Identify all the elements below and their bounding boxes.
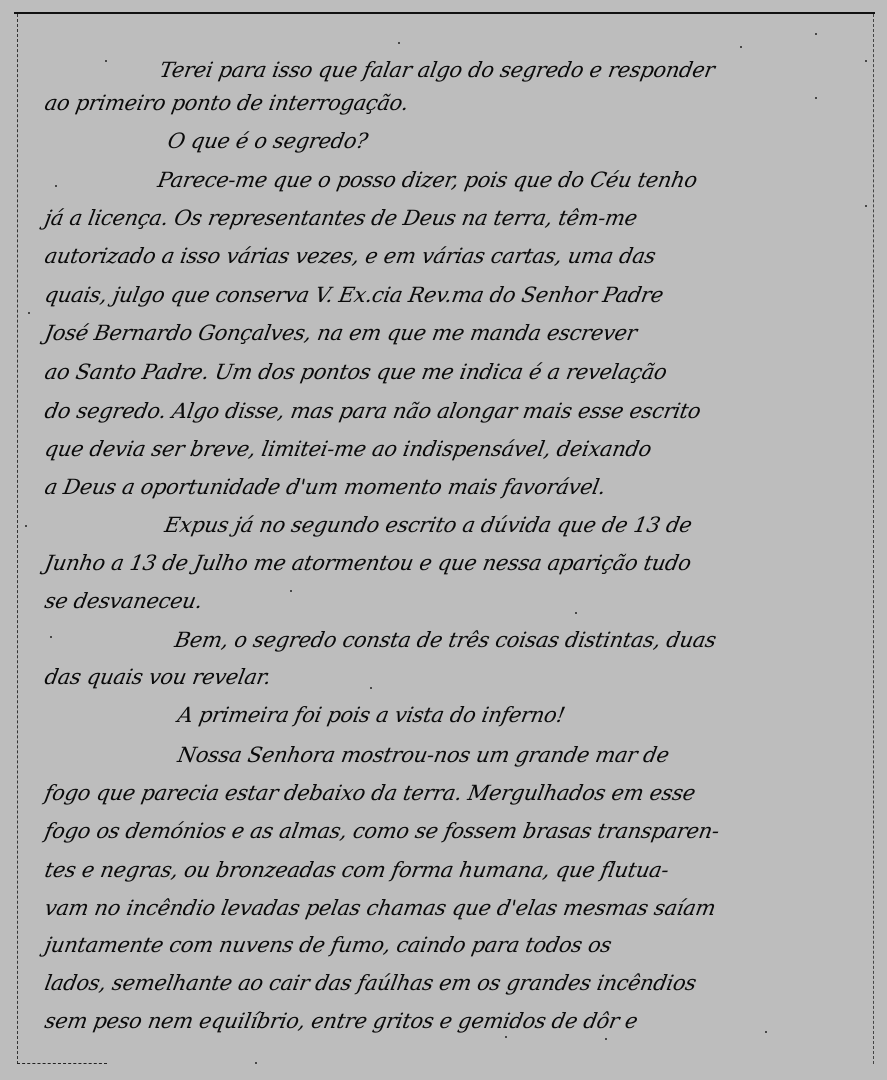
manuscript-line: Terei para isso que falar algo do segred… — [157, 55, 717, 85]
manuscript-line: José Bernardo Gonçalves, na em que me ma… — [42, 318, 639, 348]
manuscript-line: Parece-me que o posso dizer, pois que do… — [155, 165, 699, 195]
manuscript-line: Junho a 13 de Julho me atormentou e que … — [42, 548, 693, 578]
manuscript-line: Bem, o segredo consta de três coisas dis… — [172, 625, 718, 655]
manuscript-line: ao primeiro ponto de interrogação. — [42, 88, 410, 118]
manuscript-line: O que é o segredo? — [165, 126, 370, 156]
manuscript-line: vam no incêndio levadas pelas chamas que… — [42, 893, 718, 923]
manuscript-page: Terei para isso que falar algo do segred… — [0, 0, 887, 1080]
manuscript-line: a Deus a oportunidade d'um momento mais … — [42, 472, 608, 502]
manuscript-line: Expus já no segundo escrito a dúvida que… — [162, 510, 694, 540]
manuscript-line: que devia ser breve, limitei-me ao indis… — [42, 434, 653, 464]
manuscript-line: juntamente com nuvens de fumo, caindo pa… — [42, 930, 614, 960]
manuscript-line: fogo que parecia estar debaixo da terra.… — [42, 778, 697, 808]
manuscript-line: A primeira foi pois a vista do inferno! — [175, 700, 567, 730]
manuscript-line: tes e negras, ou bronzeadas com forma hu… — [42, 855, 671, 885]
manuscript-line: lados, semelhante ao cair das faúlhas em… — [42, 968, 698, 998]
manuscript-line: ao Santo Padre. Um dos pontos que me ind… — [42, 357, 669, 387]
manuscript-line: já a licença. Os representantes de Deus … — [42, 203, 639, 233]
manuscript-line: das quais vou revelar. — [42, 662, 273, 692]
manuscript-line: autorizado a isso várias vezes, e em vár… — [42, 241, 658, 271]
manuscript-line: do segredo. Algo disse, mas para não alo… — [42, 396, 703, 426]
handwritten-text-body: Terei para isso que falar algo do segred… — [0, 0, 887, 1080]
manuscript-line: fogo os demónios e as almas, como se fos… — [42, 816, 721, 846]
manuscript-line: Nossa Senhora mostrou-nos um grande mar … — [175, 740, 671, 770]
manuscript-line: sem peso nem equilíbrio, entre gritos e … — [42, 1006, 640, 1036]
manuscript-line: quais, julgo que conserva V. Ex.cia Rev.… — [42, 280, 665, 310]
manuscript-line: se desvaneceu. — [42, 586, 204, 616]
